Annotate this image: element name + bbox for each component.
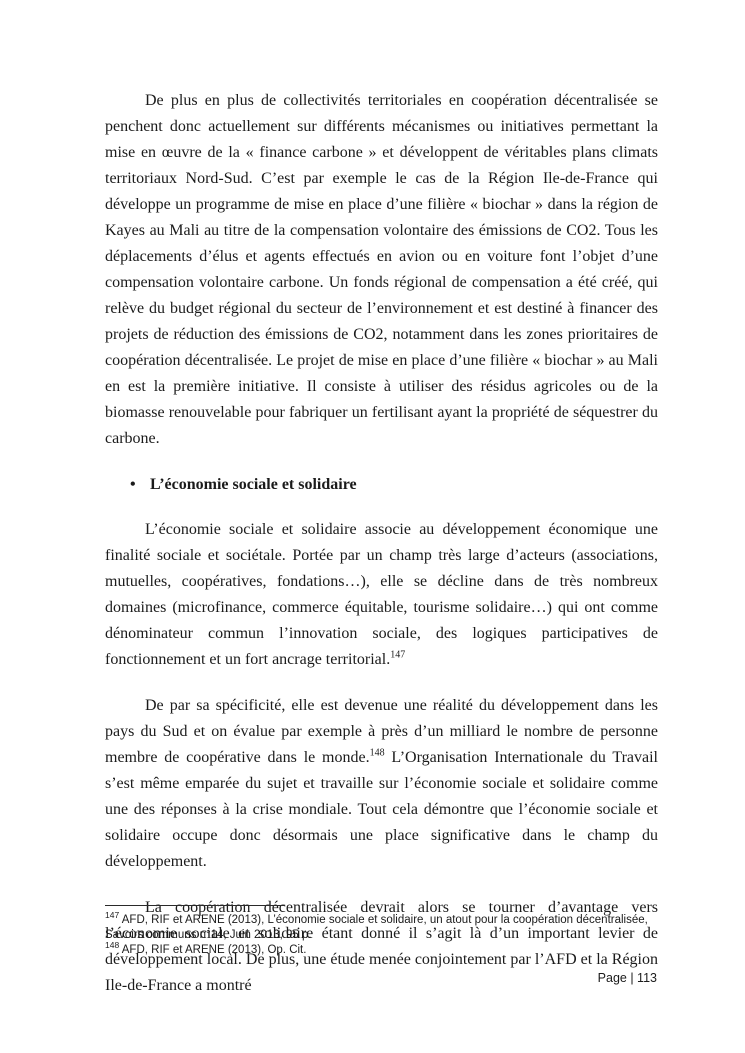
bullet-heading-economie-sociale: • L’économie sociale et solidaire	[105, 472, 658, 498]
footnote-ref-147: 147	[390, 650, 405, 661]
footnote-number: 148	[105, 940, 119, 950]
paragraph-text: L’Organisation Internationale du Travail…	[105, 749, 658, 870]
paragraph-ess-definition: L’économie sociale et solidaire associe …	[105, 517, 658, 673]
paragraph-text: L’économie sociale et solidaire associe …	[105, 521, 658, 668]
paragraph-ess-realite: De par sa spécificité, elle est devenue …	[105, 693, 658, 875]
footnote-ref-148: 148	[370, 748, 385, 759]
footnote-number: 147	[105, 910, 119, 920]
bullet-heading-label: L’économie sociale et solidaire	[150, 476, 357, 493]
footnote-148: 148 AFD, RIF et ARENE (2013), Op. Cit.	[105, 943, 660, 958]
footnotes-section: 147 AFD, RIF et ARENE (2013), L’économie…	[105, 905, 660, 958]
footnote-text: AFD, RIF et ARENE (2013), Op. Cit.	[119, 944, 306, 956]
paragraph-text: De plus en plus de collectivités territo…	[105, 92, 658, 447]
document-page: De plus en plus de collectivités territo…	[0, 0, 745, 1053]
page-body-text: De plus en plus de collectivités territo…	[105, 88, 658, 1019]
footnote-text: AFD, RIF et ARENE (2013), L’économie soc…	[105, 914, 648, 941]
page-number: Page | 113	[598, 971, 657, 985]
footnote-separator-line	[105, 905, 285, 906]
footnote-147: 147 AFD, RIF et ARENE (2013), L’économie…	[105, 913, 660, 943]
bullet-icon: •	[130, 472, 136, 498]
paragraph-finance-carbone: De plus en plus de collectivités territo…	[105, 88, 658, 452]
